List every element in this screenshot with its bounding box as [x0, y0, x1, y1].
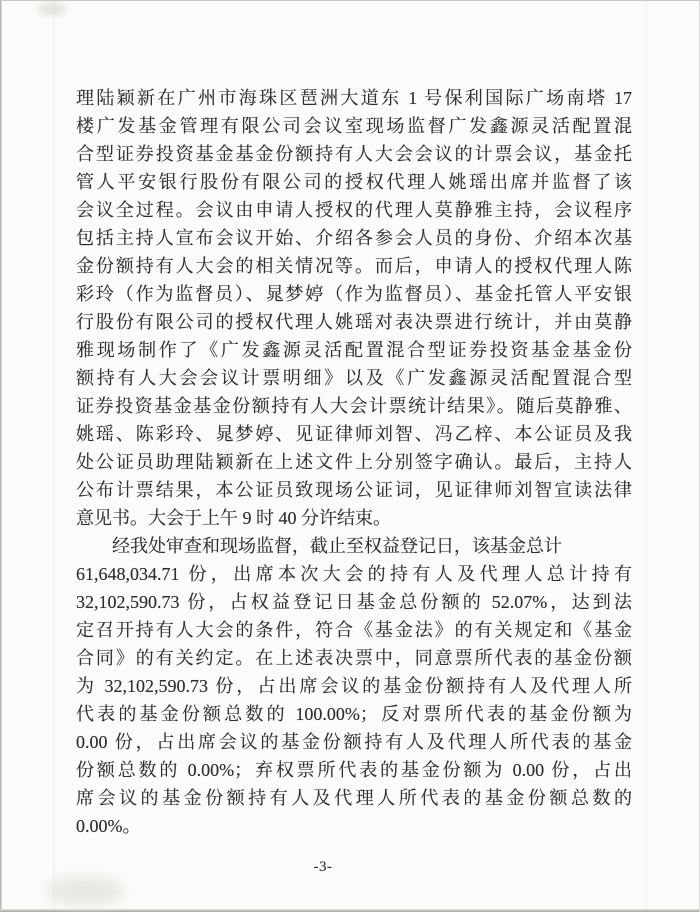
text-line: 0.00 份，占出席会议的基金份额持有人及代理人所代表的基金 — [76, 728, 632, 756]
text-line: 0.00%。 — [76, 812, 632, 840]
text-line: 雅现场制作了《广发鑫源灵活配置混合型证券投资基金基金份 — [76, 336, 632, 364]
text-line: 经我处审查和现场监督，截止至权益登记日，该基金总计 — [76, 532, 632, 560]
text-line: 意见书。大会于上午 9 时 40 分许结束。 — [76, 504, 632, 532]
text-line: 处公证员助理陆颖新在上述文件上分别签字确认。最后，主持人 — [76, 448, 632, 476]
scanned-page: 理陆颖新在广州市海珠区琶洲大道东 1 号保利国际广场南塔 17楼广发基金管理有限… — [0, 0, 700, 912]
text-line: 代表的基金份额总数的 100.00%；反对票所代表的基金份额为 — [76, 700, 632, 728]
text-line: 姚瑶、陈彩玲、晁梦婷、见证律师刘智、冯乙梓、本公证员及我 — [76, 420, 632, 448]
text-line: 合同》的有关约定。在上述表决票中，同意票所代表的基金份额 — [76, 644, 632, 672]
scan-smudge-bottom-left — [46, 876, 124, 906]
paragraph-1: 理陆颖新在广州市海珠区琶洲大道东 1 号保利国际广场南塔 17楼广发基金管理有限… — [76, 84, 632, 532]
page-footer: -3- — [0, 858, 646, 876]
text-line: 席会议的基金份额持有人及代理人所代表的基金份额总数的 — [76, 784, 632, 812]
text-line: 证券投资基金基金份额持有人大会计票统计结果》。随后莫静雅、 — [76, 392, 632, 420]
text-line: 定召开持有人大会的条件，符合《基金法》的有关规定和《基金 — [76, 616, 632, 644]
text-line: 金份额持有人大会的相关情况等。而后，申请人的授权代理人陈 — [76, 252, 632, 280]
text-line: 彩玲（作为监督员）、晁梦婷（作为监督员）、基金托管人平安银 — [76, 280, 632, 308]
text-line: 会议全过程。会议由申请人授权的代理人莫静雅主持，会议程序 — [76, 196, 632, 224]
scan-edge-left — [0, 0, 2, 912]
text-line: 楼广发基金管理有限公司会议室现场监督广发鑫源灵活配置混 — [76, 112, 632, 140]
text-line: 包括主持人宣布会议开始、介绍各参会人员的身份、介绍本次基 — [76, 224, 632, 252]
scan-smudge-top-left — [38, 2, 66, 16]
document-body: 理陆颖新在广州市海珠区琶洲大道东 1 号保利国际广场南塔 17楼广发基金管理有限… — [76, 84, 632, 840]
text-line: 额持有人大会会议计票明细》以及《广发鑫源灵活配置混合型 — [76, 364, 632, 392]
paper-crease-left — [53, 0, 56, 912]
text-line: 61,648,034.71 份，出席本次大会的持有人及代理人总计持有 — [76, 560, 632, 588]
text-line: 管人平安银行股份有限公司的授权代理人姚瑶出席并监督了该 — [76, 168, 632, 196]
text-line: 份额总数的 0.00%；弃权票所代表的基金份额为 0.00 份，占出 — [76, 756, 632, 784]
text-line: 公布计票结果，本公证员致现场公证词，见证律师刘智宣读法律 — [76, 476, 632, 504]
text-line: 行股份有限公司的授权代理人姚瑶对表决票进行统计，并由莫静 — [76, 308, 632, 336]
scan-edge-top — [0, 0, 700, 1]
text-line: 合型证券投资基金基金份额持有人大会会议的计票会议，基金托 — [76, 140, 632, 168]
page-number: -3- — [314, 859, 333, 875]
paper-crease-right — [645, 0, 648, 912]
paragraph-2: 经我处审查和现场监督，截止至权益登记日，该基金总计61,648,034.71 份… — [76, 532, 632, 840]
text-line: 理陆颖新在广州市海珠区琶洲大道东 1 号保利国际广场南塔 17 — [76, 84, 632, 112]
text-line: 为 32,102,590.73 份，占出席会议的基金份额持有人及代理人所 — [76, 672, 632, 700]
text-line: 32,102,590.73 份，占权益登记日基金总份额的 52.07%，达到法 — [76, 588, 632, 616]
